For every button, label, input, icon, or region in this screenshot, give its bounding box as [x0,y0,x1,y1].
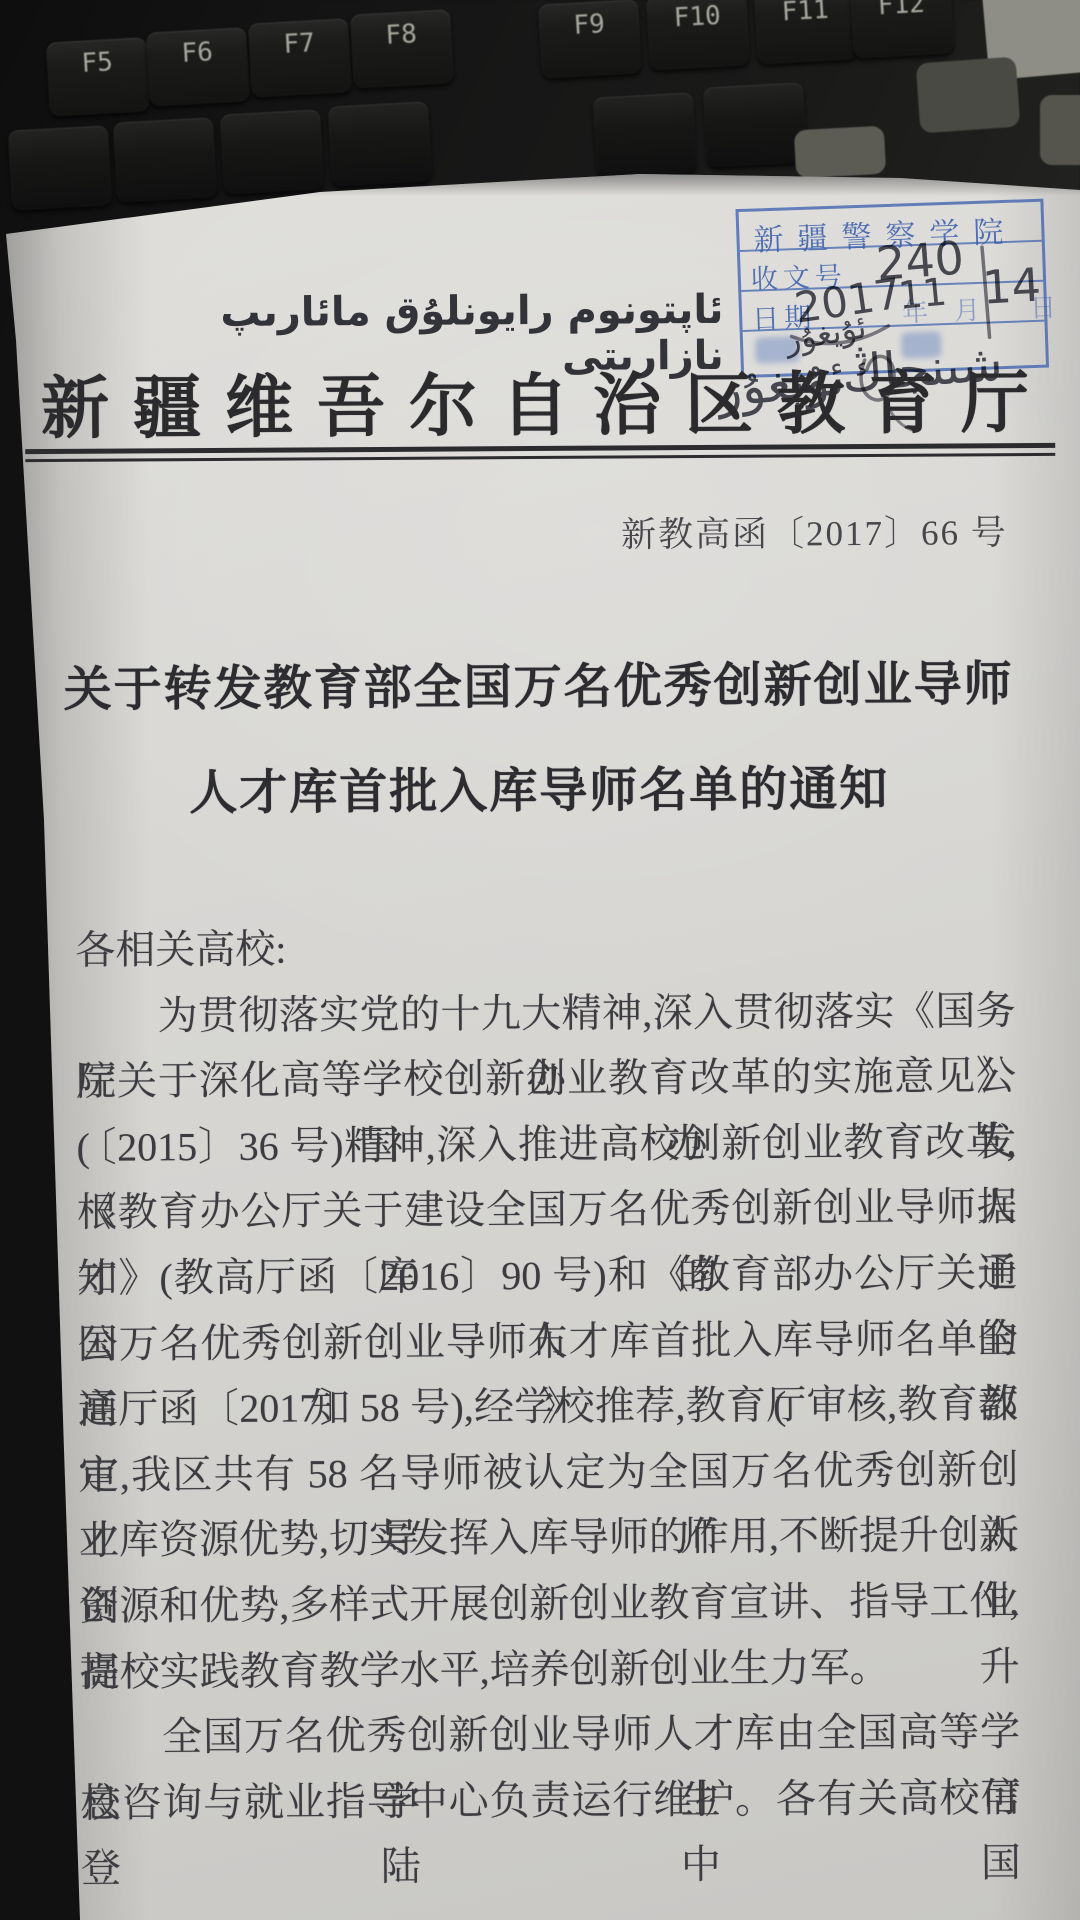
body-line: 高厅函〔2017〕58 号),经学校推荐,教育厅审核,教育部审 [78,1371,1018,1442]
org-name: 新疆维吾尔自治区教育厅 [41,349,1052,452]
body-line: 息咨询与就业指导中心负责运行维护。各有关高校可登陆中国 [80,1765,1020,1836]
handwritten-month: 11 [896,269,948,317]
keyboard-highlight [794,126,886,179]
key-f8: F8 [350,9,454,88]
key-label: F6 [181,37,214,69]
photo-scene: F5 F6 F7 F8 F9 F10 F11 F12 新疆警察学院 收文号 [0,0,1080,1920]
keyboard-highlight [916,57,1021,134]
notice-title-line1: 关于转发教育部全国万名优秀创新创业导师 [0,645,1079,721]
body-line: 定,我区共有 58 名导师被认定为全国万名优秀创新创业导师人 [78,1437,1018,1508]
body-line: 国万名优秀创新创业导师人才库首批入库导师名单的通知》(教 [78,1306,1018,1377]
key-label: F9 [573,9,606,41]
key-f6: F6 [146,27,250,106]
key-label: F11 [781,0,830,27]
body-line: 厅关于深化高等学校创新创业教育改革的实施意见》(国办发 [76,1043,1016,1114]
key-partial [703,82,807,167]
body-line: 才库资源优势,切实发挥入库导师的作用,不断提升创新创业 [79,1502,1019,1573]
body-line: 全国万名优秀创新创业导师人才库由全国高等学校学生信 [80,1699,1020,1770]
body-line: 资源和优势,多样式开展创新创业教育宣讲、指导工作,提升 [79,1568,1019,1639]
key-f5: F5 [46,37,150,116]
notice-body: 各相关高校: 为贯彻落实党的十九大精神,深入贯彻落实《国务院办公 厅关于深化高等… [75,912,1021,1836]
body-line: 知》(教高厅函〔2016〕90 号)和《教育部办公厅关于公布全 [77,1240,1017,1311]
document-paper: 新疆警察学院 收文号 日期 年 月 日 240 2017 11 14 [0,0,1080,1920]
key-partial [220,109,324,194]
keyboard-highlight [1040,95,1080,165]
salutation: 各相关高校: [75,912,1015,983]
body-line: 《教育办公厅关于建设全国万名优秀创新创业导师人才库的通 [77,1174,1017,1245]
key-f9: F9 [538,0,642,79]
key-partial [593,92,697,177]
key-f10: F10 [646,0,750,71]
key-partial [8,125,112,210]
key-label: F10 [673,1,722,34]
key-partial [113,117,217,202]
key-label: F8 [385,19,418,51]
key-f11: F11 [754,0,858,65]
stamp-month-unit: 月 [953,290,985,328]
key-label: F7 [283,28,316,60]
key-f7: F7 [248,18,352,97]
body-line: 为贯彻落实党的十九大精神,深入贯彻落实《国务院办公 [76,978,1016,1049]
key-label: F12 [877,0,926,21]
key-f12: F12 [850,0,954,59]
doc-number: 新教高函〔2017〕66 号 [498,505,1008,558]
body-line: 〔2015〕36 号)精神,深入推进高校创新创业教育改革,根据 [76,1109,1016,1180]
key-partial [328,101,432,186]
handwritten-day: 14 [981,257,1043,314]
body-line: 高校实践教育教学水平,培养创新创业生力军。 [80,1634,1020,1705]
notice-title-line2: 人才库首批入库导师名单的通知 [0,749,1080,825]
key-label: F5 [81,47,114,79]
